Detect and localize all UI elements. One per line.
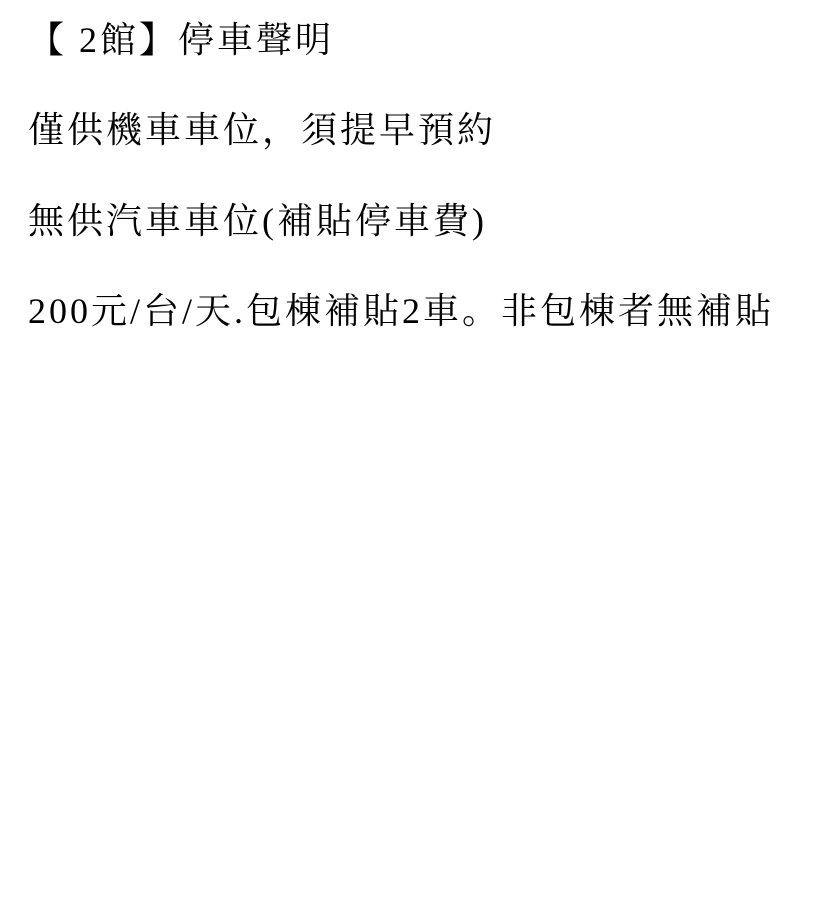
document-line-no-car-parking: 無供汽車車位(補貼停車費)	[28, 201, 804, 242]
document-body: 【 2館】停車聲明 僅供機車車位，須提早預約 無供汽車車位(補貼停車費) 200…	[0, 0, 824, 333]
document-page: 【 2館】停車聲明 僅供機車車位，須提早預約 無供汽車車位(補貼停車費) 200…	[0, 0, 824, 900]
document-title: 【 2館】停車聲明	[28, 20, 804, 61]
document-line-subsidy-detail: 200元/台/天.包棟補貼2車。非包棟者無補貼	[28, 291, 804, 332]
document-line-motorcycle-parking: 僅供機車車位，須提早預約	[28, 110, 804, 151]
